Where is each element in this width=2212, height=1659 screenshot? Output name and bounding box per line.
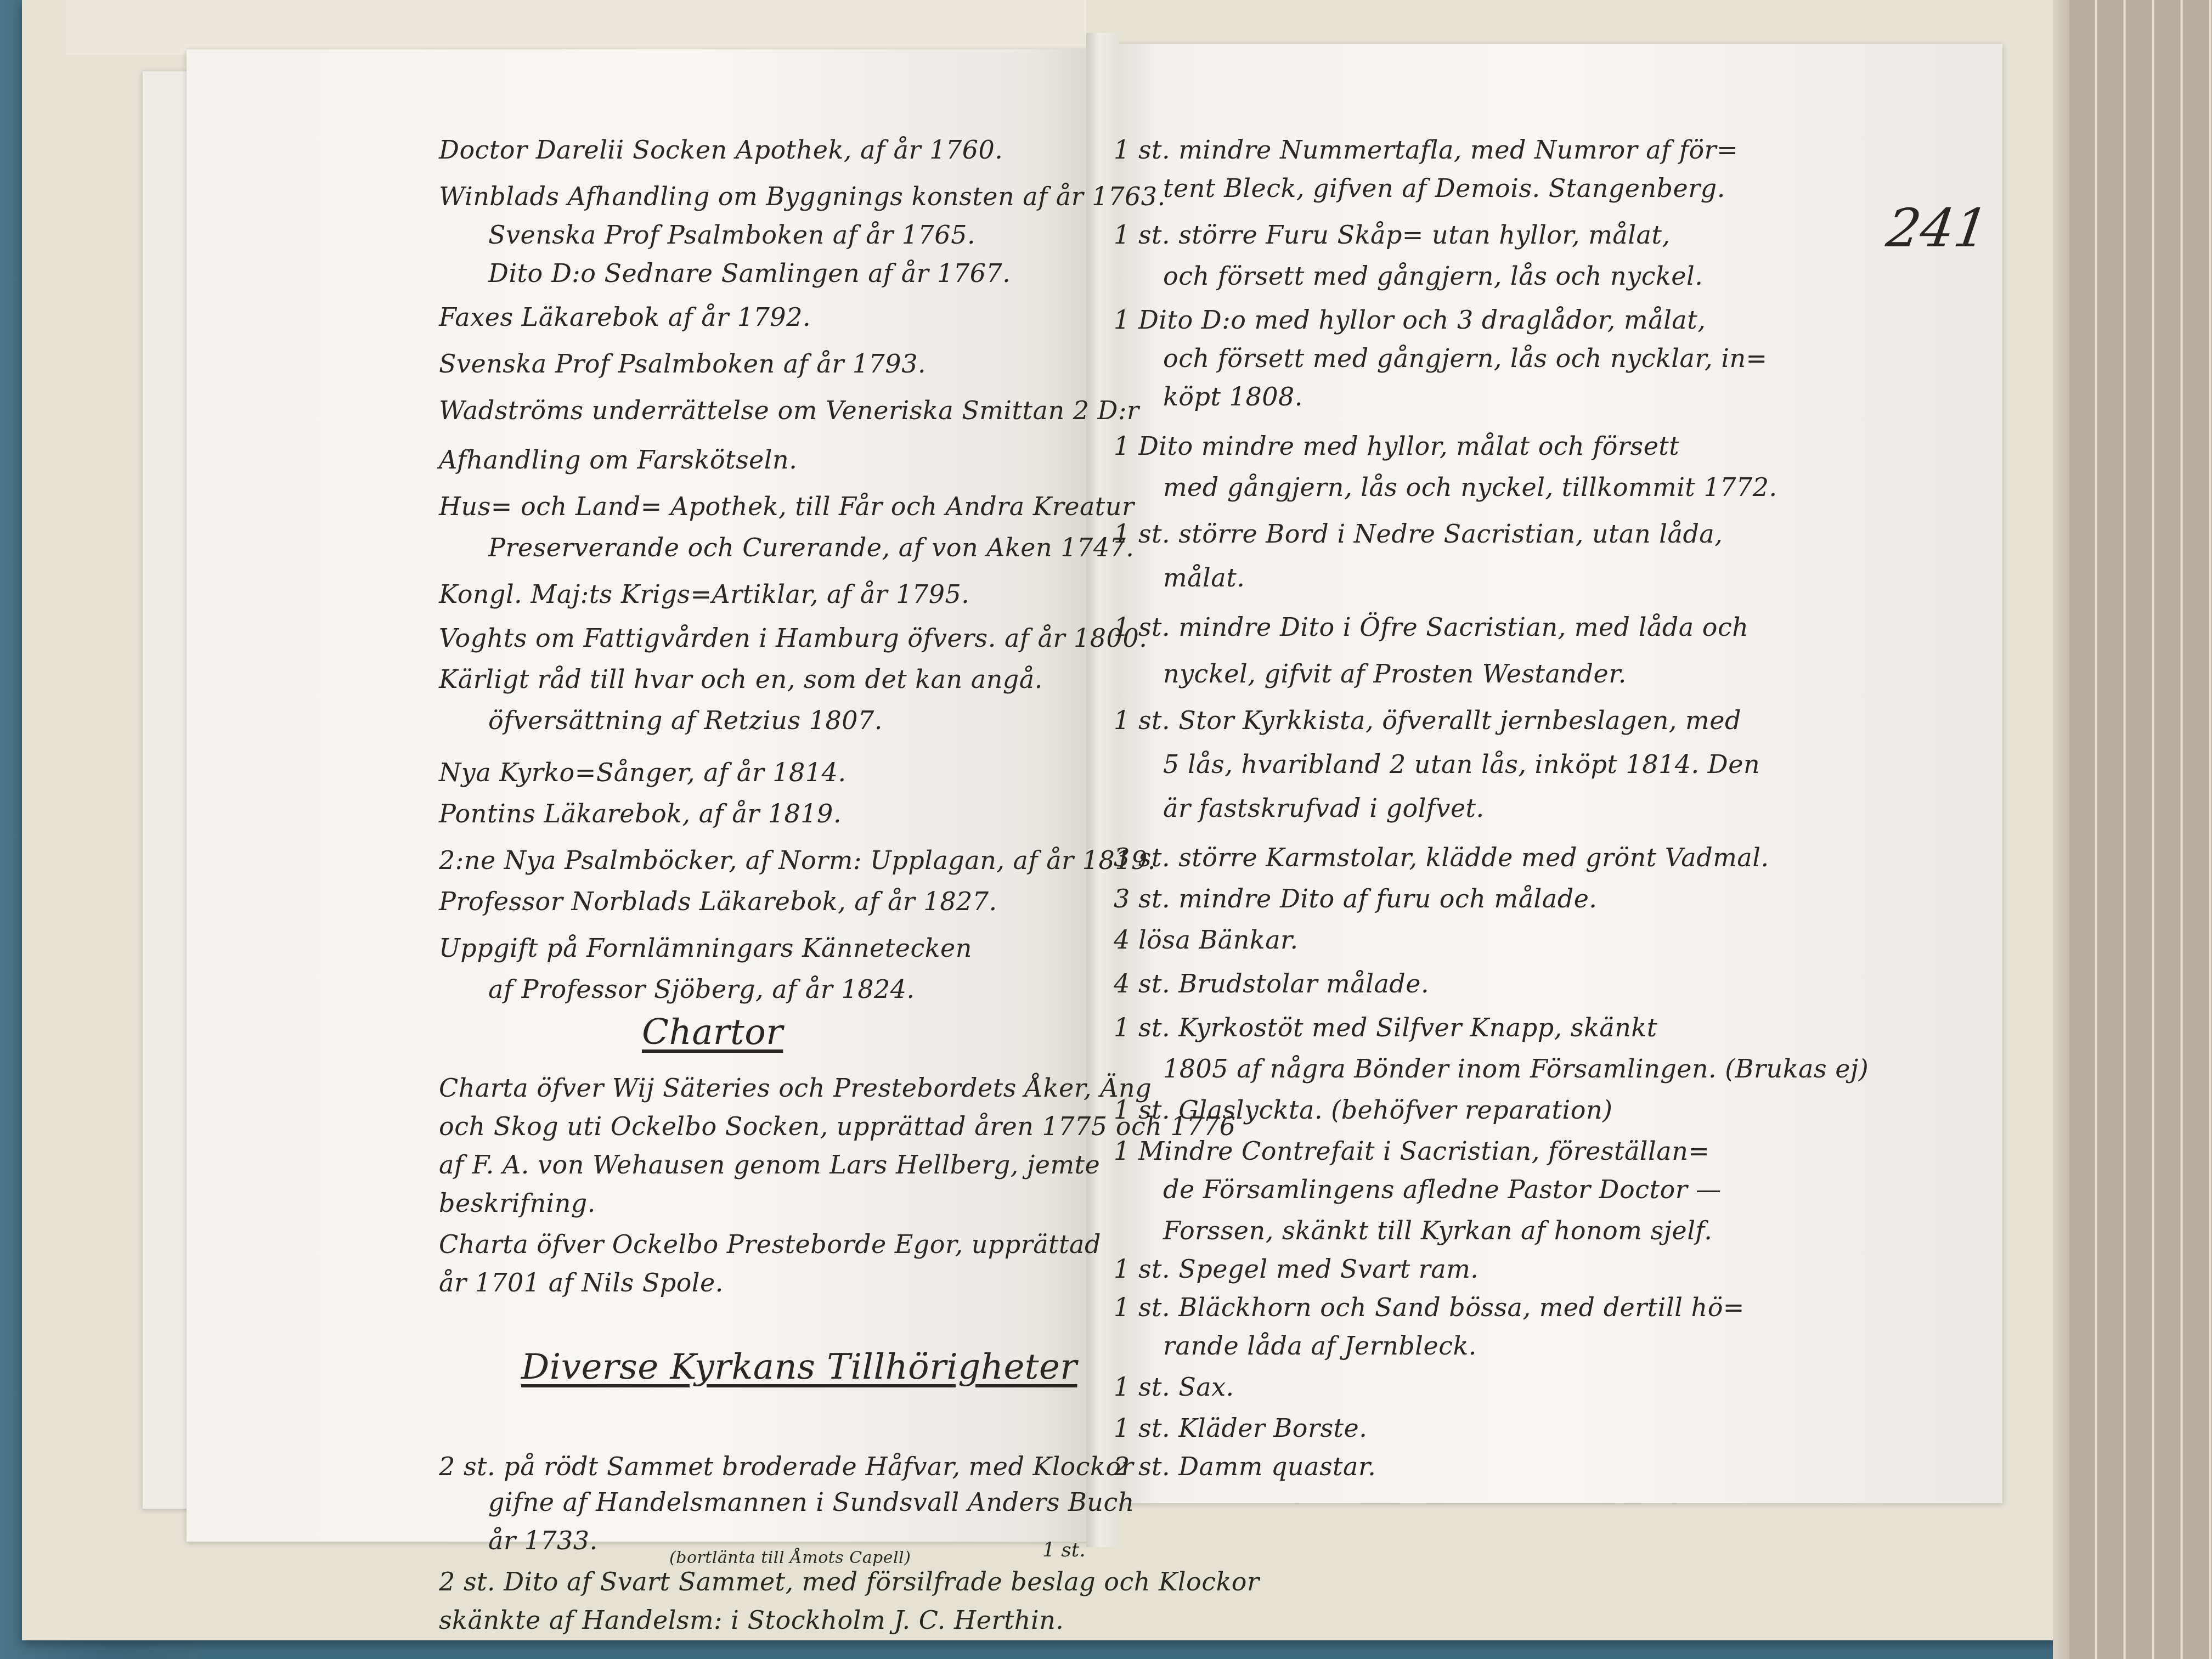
entry-line: år 1701 af Nils Spole. <box>439 1270 724 1295</box>
catchword: 1 st. <box>1042 1539 1086 1561</box>
entry-line: 1 st. Stor Kyrkkista, öfverallt jernbesl… <box>1114 708 1741 733</box>
entry-line: 5 lås, hvaribland 2 utan lås, inköpt 181… <box>1114 752 1760 777</box>
entry-line: 2 st. Dito af Svart Sammet, med försilfr… <box>439 1569 1260 1594</box>
entry-line: Kärligt råd till hvar och en, som det ka… <box>439 667 1043 692</box>
entry-line: 3 st. större Karmstolar, klädde med grön… <box>1114 845 1769 870</box>
entry-line: af Professor Sjöberg, af år 1824. <box>439 977 915 1002</box>
entry-line: af F. A. von Wehausen genom Lars Hellber… <box>439 1152 1100 1177</box>
torn-top-edge-right <box>1097 0 2030 49</box>
entry-line: 2 st. Damm quastar. <box>1114 1454 1376 1479</box>
entry-line: Forssen, skänkt till Kyrkan af honom sje… <box>1114 1218 1712 1243</box>
entry-line: Wadströms underrättelse om Veneriska Smi… <box>439 398 1139 423</box>
entry-line: 1 st. större Furu Skåp= utan hyllor, mål… <box>1114 222 1671 247</box>
entry-line: Kongl. Maj:ts Krigs=Artiklar, af år 1795… <box>439 582 969 607</box>
entry-line: 1 st. Kyrkostöt med Silfver Knapp, skänk… <box>1114 1015 1657 1040</box>
section-heading-chartor: Chartor <box>642 1015 783 1050</box>
entry-line: med gångjern, lås och nyckel, tillkommit… <box>1114 475 1778 500</box>
entry-line: Uppgift på Fornlämningars Kännetecken <box>439 935 972 961</box>
entry-line: Afhandling om Farskötseln. <box>439 447 797 472</box>
entry-line: 1 st. Kläder Borste. <box>1114 1415 1367 1441</box>
entry-line: gifne af Handelsmannen i Sundsvall Ander… <box>439 1489 1135 1515</box>
entry-line: Svenska Prof Psalmboken af år 1793. <box>439 351 926 376</box>
entry-line: 1 Dito D:o med hyllor och 3 draglådor, m… <box>1114 307 1706 332</box>
folder-edge <box>2053 0 2069 1659</box>
entry-line: öfversättning af Retzius 1807. <box>439 708 883 733</box>
entry-line: rande låda af Jernbleck. <box>1114 1333 1477 1358</box>
entry-line: beskrifning. <box>439 1190 596 1216</box>
entry-line: 3 st. mindre Dito af furu och målade. <box>1114 886 1598 911</box>
entry-line: Dito D:o Sednare Samlingen af år 1767. <box>439 261 1011 286</box>
margin-note: (bortlänta till Åmots Capell) <box>669 1550 911 1566</box>
entry-line: skänkte af Handelsm: i Stockholm J. C. H… <box>439 1607 1064 1633</box>
entry-line: Doctor Darelii Socken Apothek, af år 176… <box>439 137 1003 162</box>
entry-line: Professor Norblads Läkarebok, af år 1827… <box>439 889 997 914</box>
entry-line: Svenska Prof Psalmboken af år 1765. <box>439 222 975 247</box>
entry-line: tent Bleck, gifven af Demois. Stangenber… <box>1114 176 1725 201</box>
entry-line: Nya Kyrko=Sånger, af år 1814. <box>439 760 847 785</box>
entry-line: 1 Mindre Contrefait i Sacristian, förest… <box>1114 1138 1709 1164</box>
entry-line: 1805 af några Bönder inom Församlingen. … <box>1114 1056 1869 1081</box>
entry-line: Voghts om Fattigvården i Hamburg öfvers.… <box>439 625 1147 651</box>
entry-line: och försett med gångjern, lås och nyckla… <box>1114 346 1768 371</box>
entry-line: 1 st. mindre Nummertafla, med Numror af … <box>1114 137 1738 162</box>
folio-number: 241 <box>1883 198 1992 259</box>
entry-line: 1 st. Glaslyckta. (behöfver reparation) <box>1114 1097 1612 1122</box>
entry-line: och försett med gångjern, lås och nyckel… <box>1114 263 1703 289</box>
entry-line: Winblads Afhandling om Byggnings konsten… <box>439 184 1166 209</box>
entry-line: 1 st. Bläckhorn och Sand bössa, med dert… <box>1114 1295 1745 1320</box>
entry-line: Faxes Läkarebok af år 1792. <box>439 304 811 330</box>
entry-line: köpt 1808. <box>1114 384 1303 409</box>
entry-line: Charta öfver Ockelbo Presteborde Egor, u… <box>439 1232 1101 1257</box>
entry-line: 1 st. Spegel med Svart ram. <box>1114 1256 1479 1282</box>
entry-line: 2 st. på rödt Sammet broderade Håfvar, m… <box>439 1454 1133 1479</box>
entry-line: Preserverande och Curerande, af von Aken… <box>439 535 1134 560</box>
entry-line: nyckel, gifvit af Prosten Westander. <box>1114 661 1627 686</box>
stacked-page-edges <box>2069 0 2212 1659</box>
entry-line: år 1733. <box>439 1528 598 1553</box>
entry-line: 1 st. mindre Dito i Öfre Sacristian, med… <box>1114 614 1748 640</box>
entry-line: är fastskrufvad i golfvet. <box>1114 795 1485 821</box>
entry-line: Hus= och Land= Apothek, till Får och And… <box>439 494 1134 519</box>
section-heading-tillhorigheter: Diverse Kyrkans Tillhörigheter <box>521 1350 1077 1385</box>
entry-line: 4 lösa Bänkar. <box>1114 927 1299 952</box>
entry-line: 1 Dito mindre med hyllor, målat och förs… <box>1114 433 1679 459</box>
entry-line: 1 st. Sax. <box>1114 1374 1234 1400</box>
entry-line: Charta öfver Wij Säteries och Prestebord… <box>439 1075 1152 1101</box>
entry-line: 4 st. Brudstolar målade. <box>1114 971 1429 996</box>
entry-line: målat. <box>1114 565 1245 590</box>
torn-top-edge-left <box>66 0 1086 55</box>
entry-line: 2:ne Nya Psalmböcker, af Norm: Upplagan,… <box>439 848 1156 873</box>
entry-line: 1 st. större Bord i Nedre Sacristian, ut… <box>1114 521 1723 546</box>
entry-line: Pontins Läkarebok, af år 1819. <box>439 801 842 826</box>
entry-line: de Församlingens afledne Pastor Doctor — <box>1114 1177 1722 1202</box>
